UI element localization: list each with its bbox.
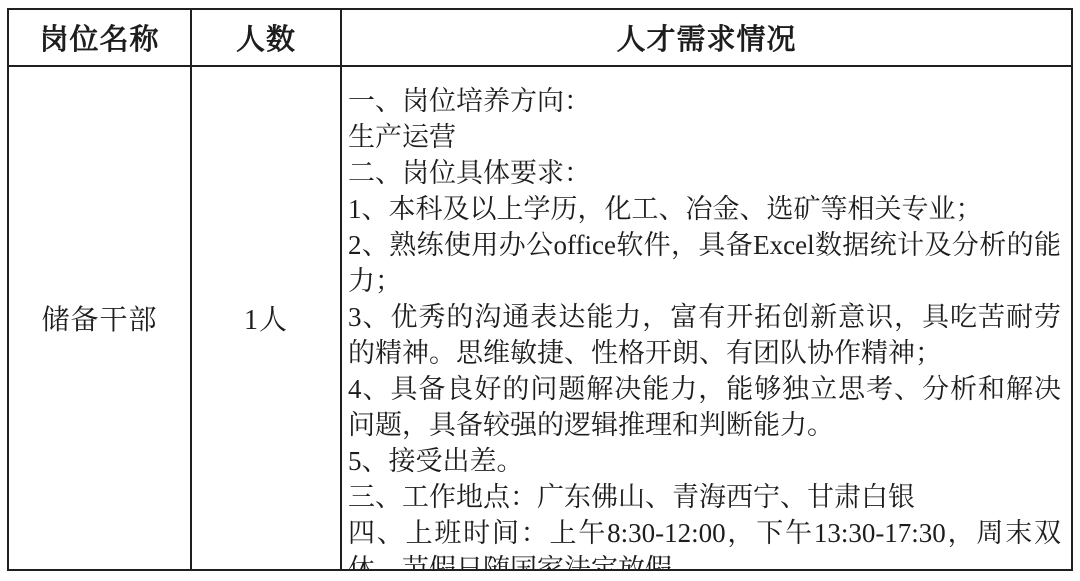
requirements-cell: 一、岗位培养方向： 生产运营 二、岗位具体要求： 1、本科及以上学历，化工、冶金…	[342, 67, 1071, 569]
requirement-line-training-direction-value: 生产运营	[348, 119, 1061, 155]
requirement-line-item-3: 3、优秀的沟通表达能力，富有开拓创新意识，具吃苦耐劳的精神。思维敏捷、性格开朗、…	[348, 299, 1061, 371]
header-headcount: 人数	[192, 10, 342, 65]
requirement-line-work-location: 三、工作地点：广东佛山、青海西宁、甘肃白银	[348, 479, 1061, 515]
requirement-line-item-1: 1、本科及以上学历，化工、冶金、选矿等相关专业；	[348, 191, 1061, 227]
headcount-cell: 1人	[192, 67, 342, 569]
requirement-line-item-5: 5、接受出差。	[348, 443, 1061, 479]
requirement-line-item-4: 4、具备良好的问题解决能力，能够独立思考、分析和解决问题，具备较强的逻辑推理和判…	[348, 371, 1061, 443]
requirement-line-training-direction-heading: 一、岗位培养方向：	[348, 83, 1061, 119]
header-talent-requirements: 人才需求情况	[342, 10, 1071, 65]
requirement-line-work-hours: 四、上班时间：上午8:30-12:00，下午13:30-17:30，周末双休，节…	[348, 515, 1061, 569]
position-name-cell: 储备干部	[9, 67, 192, 569]
header-position-name: 岗位名称	[9, 10, 192, 65]
job-recruitment-table: 岗位名称 人数 人才需求情况 储备干部 1人 一、岗位培养方向： 生产运营 二、…	[7, 8, 1073, 571]
requirement-line-specific-requirements-heading: 二、岗位具体要求：	[348, 155, 1061, 191]
table-row: 储备干部 1人 一、岗位培养方向： 生产运营 二、岗位具体要求： 1、本科及以上…	[9, 67, 1071, 569]
table-header-row: 岗位名称 人数 人才需求情况	[9, 10, 1071, 67]
requirement-line-item-2: 2、熟练使用办公office软件，具备Excel数据统计及分析的能力；	[348, 227, 1061, 299]
